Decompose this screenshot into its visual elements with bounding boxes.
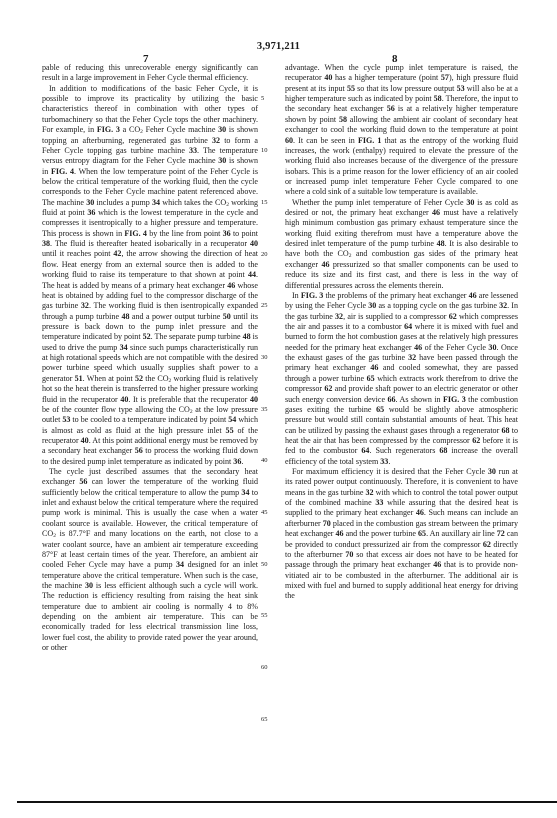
paragraph: In addition to modifications of the basi… bbox=[42, 84, 258, 467]
paragraph: Whether the pump inlet temperature of Fe… bbox=[285, 198, 518, 291]
paragraph: In FIG. 3 the problems of the primary he… bbox=[285, 291, 518, 467]
paragraph: advantage. When the cycle pump inlet tem… bbox=[285, 63, 518, 198]
line-number: 5 bbox=[261, 95, 281, 102]
line-number: 50 bbox=[261, 561, 281, 568]
line-number: 60 bbox=[261, 664, 281, 671]
bottom-rule bbox=[17, 801, 557, 803]
right-text-column: advantage. When the cycle pump inlet tem… bbox=[285, 63, 518, 602]
patent-number: 3,971,211 bbox=[0, 41, 557, 52]
line-number: 20 bbox=[261, 251, 281, 258]
line-number: 15 bbox=[261, 199, 281, 206]
line-number: 10 bbox=[261, 147, 281, 154]
line-number: 55 bbox=[261, 612, 281, 619]
paragraph: pable of reducing this unrecoverable ene… bbox=[42, 63, 258, 84]
line-number: 40 bbox=[261, 457, 281, 464]
left-text-column: pable of reducing this unrecoverable ene… bbox=[42, 63, 258, 653]
paragraph: The cycle just described assumes that th… bbox=[42, 467, 258, 653]
paragraph: For maximum efficiency it is desired tha… bbox=[285, 467, 518, 602]
line-number: 30 bbox=[261, 354, 281, 361]
line-number: 25 bbox=[261, 302, 281, 309]
line-number: 35 bbox=[261, 406, 281, 413]
line-number: 45 bbox=[261, 509, 281, 516]
line-number: 65 bbox=[261, 716, 281, 723]
